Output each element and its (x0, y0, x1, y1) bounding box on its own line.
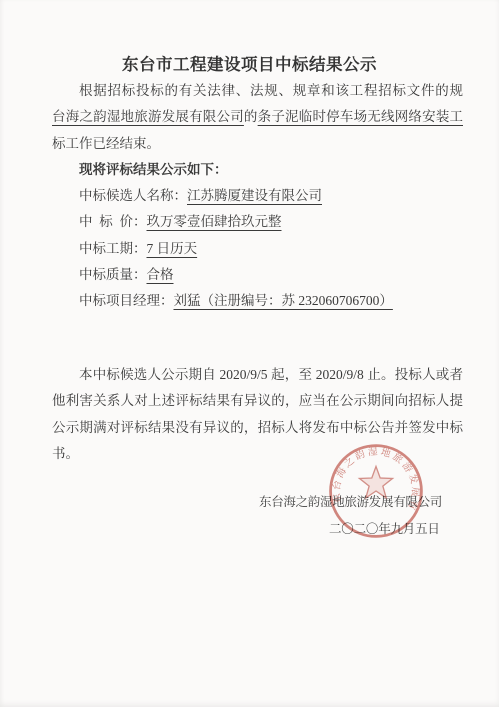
field-value-quality: 合格 (147, 267, 174, 282)
document-page: 东台市工程建设项目中标结果公示 根据招标投标的有关法律、法规、规章和该工程招标文… (0, 0, 499, 707)
intro-line2-text-1: 的 (244, 109, 258, 124)
field-label-winner: 中标候选人名称： (79, 188, 187, 203)
field-value-price: 玖万零壹佰肆拾玖元整 (147, 214, 282, 229)
field-row-duration: 中标工期：7 日历天 (52, 236, 463, 262)
field-row-manager: 中标项目经理：刘猛（注册编号：苏 232060706700） (52, 288, 463, 314)
field-value-winner: 江苏腾厦建设有限公司 (187, 188, 322, 203)
document-title: 东台市工程建设项目中标结果公示 (0, 51, 499, 75)
field-label-quality: 中标质量： (79, 267, 147, 282)
field-row-quality: 中标质量：合格 (52, 262, 463, 288)
intro-line-1: 根据招标投标的有关法律、法规、规章和该工程招标文件的规定，东 (52, 78, 463, 104)
notice-line-1: 本中标候选人公示期自 2020/9/5 起，至 2020/9/8 止。投标人或者… (52, 362, 463, 388)
intro-line1-text: 根据招标投标的有关法律、法规、规章和该工程招标文件的规定， (52, 83, 463, 104)
notice-line-2: 他利害关系人对上述评标结果有异议的，应当在公示期间向招标人提出。 (52, 388, 463, 414)
company-seal: 东台海之韵湿地旅游发展有限公司 (327, 442, 425, 540)
intro-line-2: 台海之韵湿地旅游发展有限公司的条子泥临时停车场无线网络安装工程招 (52, 104, 463, 130)
field-label-manager: 中标项目经理： (79, 293, 174, 308)
field-row-price: 中 标 价：玖万零壹佰肆拾玖元整 (52, 209, 463, 235)
seal-star-icon (359, 467, 392, 498)
intro-company-name: 台海之韵湿地旅游发展有限公司 (52, 109, 244, 124)
results-heading: 现将评标结果公示如下： (52, 157, 463, 183)
field-row-winner: 中标候选人名称：江苏腾厦建设有限公司 (52, 183, 463, 209)
field-label-duration: 中标工期： (79, 241, 147, 256)
field-value-duration: 7 日历天 (147, 241, 198, 256)
intro-line-3: 标工作已经结束。 (52, 131, 463, 157)
intro-and-results-block: 根据招标投标的有关法律、法规、规章和该工程招标文件的规定，东 台海之韵湿地旅游发… (52, 78, 463, 315)
field-value-manager: 刘猛（注册编号：苏 232060706700） (174, 293, 393, 308)
notice-line-3: 公示期满对评标结果没有异议的，招标人将发布中标公告并签发中标通知 (52, 415, 463, 441)
field-label-price: 中 标 价： (79, 214, 147, 229)
